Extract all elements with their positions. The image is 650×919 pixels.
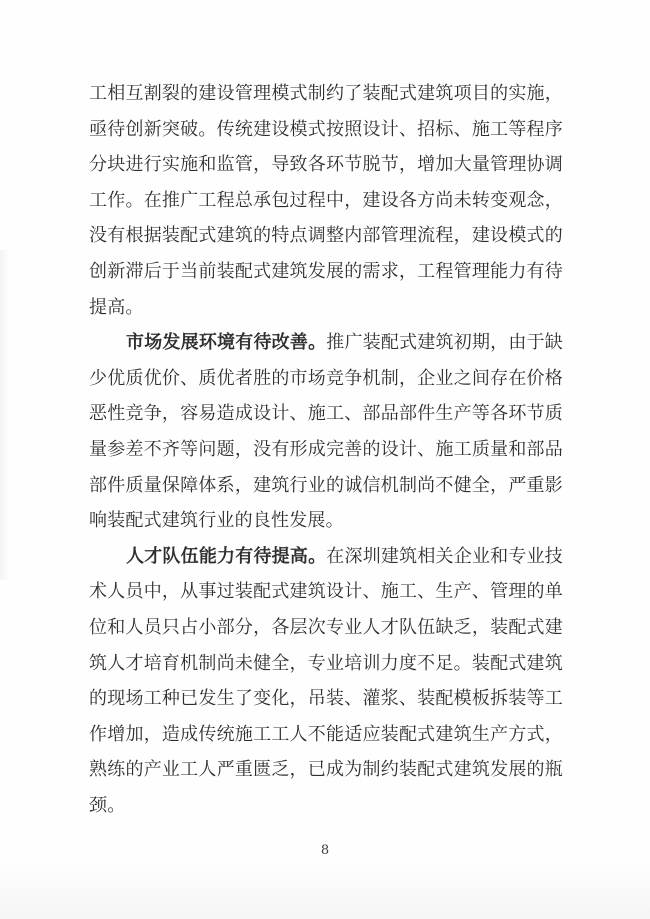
scan-edge-artifact <box>0 250 10 580</box>
text-line: 市场发展环境有待改善。推广装配式建筑初期，由于缺 <box>89 325 563 361</box>
text-line: 恶性竞争，容易造成设计、施工、部品部件生产等各环节质 <box>89 396 563 432</box>
text-line-content: 亟待创新突破。传统建设模式按照设计、招标、施工等程序 <box>89 119 563 140</box>
text-line: 的现场工种已发生了变化，吊装、灌浆、装配模板拆装等工 <box>89 681 563 717</box>
document-page: 工相互割裂的建设管理模式制约了装配式建筑项目的实施，亟待创新突破。传统建设模式按… <box>0 0 650 919</box>
text-line-content: 提高。 <box>89 297 144 318</box>
text-line-content: 颈。 <box>89 795 125 816</box>
text-line-content: 工作。在推广工程总承包过程中，建设各方尚未转变观念， <box>89 190 563 211</box>
text-line: 没有根据装配式建筑的特点调整内部管理流程，建设模式的 <box>89 218 563 254</box>
text-line: 分块进行实施和监管，导致各环节脱节，增加大量管理协调 <box>89 147 563 183</box>
text-line: 颈。 <box>89 788 563 824</box>
text-line: 部件质量保障体系，建筑行业的诚信机制尚不健全，严重影 <box>89 468 563 504</box>
text-line-content: 部件质量保障体系，建筑行业的诚信机制尚不健全，严重影 <box>89 475 563 496</box>
paragraph-lead: 人才队伍能力有待提高。 <box>126 546 326 567</box>
text-line-content: 筑人才培育机制尚未健全，专业培训力度不足。装配式建筑 <box>89 653 563 674</box>
text-line-content: 响装配式建筑行业的良性发展。 <box>89 510 344 531</box>
scan-edge-artifact <box>0 859 650 919</box>
text-line: 术人员中，从事过装配式建筑设计、施工、生产、管理的单 <box>89 574 563 610</box>
text-line: 少优质优价、质优者胜的市场竞争机制，企业之间存在价格 <box>89 361 563 397</box>
text-line: 量参差不齐等问题，没有形成完善的设计、施工质量和部品 <box>89 432 563 468</box>
text-line-content: 量参差不齐等问题，没有形成完善的设计、施工质量和部品 <box>89 439 563 460</box>
text-line: 人才队伍能力有待提高。在深圳建筑相关企业和专业技 <box>89 539 563 575</box>
text-line: 响装配式建筑行业的良性发展。 <box>89 503 563 539</box>
text-line: 工作。在推广工程总承包过程中，建设各方尚未转变观念， <box>89 183 563 219</box>
text-line-content: 作增加，造成传统施工工人不能适应装配式建筑生产方式， <box>89 724 563 745</box>
paragraph-lead: 市场发展环境有待改善。 <box>126 332 326 353</box>
text-line-content: 分块进行实施和监管，导致各环节脱节，增加大量管理协调 <box>89 154 563 175</box>
text-line-content: 推广装配式建筑初期，由于缺 <box>326 332 563 353</box>
text-line-content: 恶性竞争，容易造成设计、施工、部品部件生产等各环节质 <box>89 403 563 424</box>
text-line: 筑人才培育机制尚未健全，专业培训力度不足。装配式建筑 <box>89 646 563 682</box>
text-line-content: 没有根据装配式建筑的特点调整内部管理流程，建设模式的 <box>89 225 563 246</box>
page-number: 8 <box>0 843 650 858</box>
text-line-content: 位和人员只占小部分，各层次专业人才队伍缺乏，装配式建 <box>89 617 563 638</box>
text-line: 亟待创新突破。传统建设模式按照设计、招标、施工等程序 <box>89 112 563 148</box>
text-line-content: 的现场工种已发生了变化，吊装、灌浆、装配模板拆装等工 <box>89 688 563 709</box>
text-line-content: 熟练的产业工人严重匮乏，已成为制约装配式建筑发展的瓶 <box>89 759 563 780</box>
text-line-content: 少优质优价、质优者胜的市场竞争机制，企业之间存在价格 <box>89 368 563 389</box>
text-line: 创新滞后于当前装配式建筑发展的需求，工程管理能力有待 <box>89 254 563 290</box>
text-line-content: 术人员中，从事过装配式建筑设计、施工、生产、管理的单 <box>89 581 563 602</box>
text-line: 位和人员只占小部分，各层次专业人才队伍缺乏，装配式建 <box>89 610 563 646</box>
text-line-content: 创新滞后于当前装配式建筑发展的需求，工程管理能力有待 <box>89 261 563 282</box>
text-line: 工相互割裂的建设管理模式制约了装配式建筑项目的实施， <box>89 76 563 112</box>
text-line: 提高。 <box>89 290 563 326</box>
text-line-content: 工相互割裂的建设管理模式制约了装配式建筑项目的实施， <box>89 83 563 104</box>
text-line: 熟练的产业工人严重匮乏，已成为制约装配式建筑发展的瓶 <box>89 752 563 788</box>
text-line-content: 在深圳建筑相关企业和专业技 <box>326 546 563 567</box>
text-line: 作增加，造成传统施工工人不能适应装配式建筑生产方式， <box>89 717 563 753</box>
body-text: 工相互割裂的建设管理模式制约了装配式建筑项目的实施，亟待创新突破。传统建设模式按… <box>89 76 563 823</box>
